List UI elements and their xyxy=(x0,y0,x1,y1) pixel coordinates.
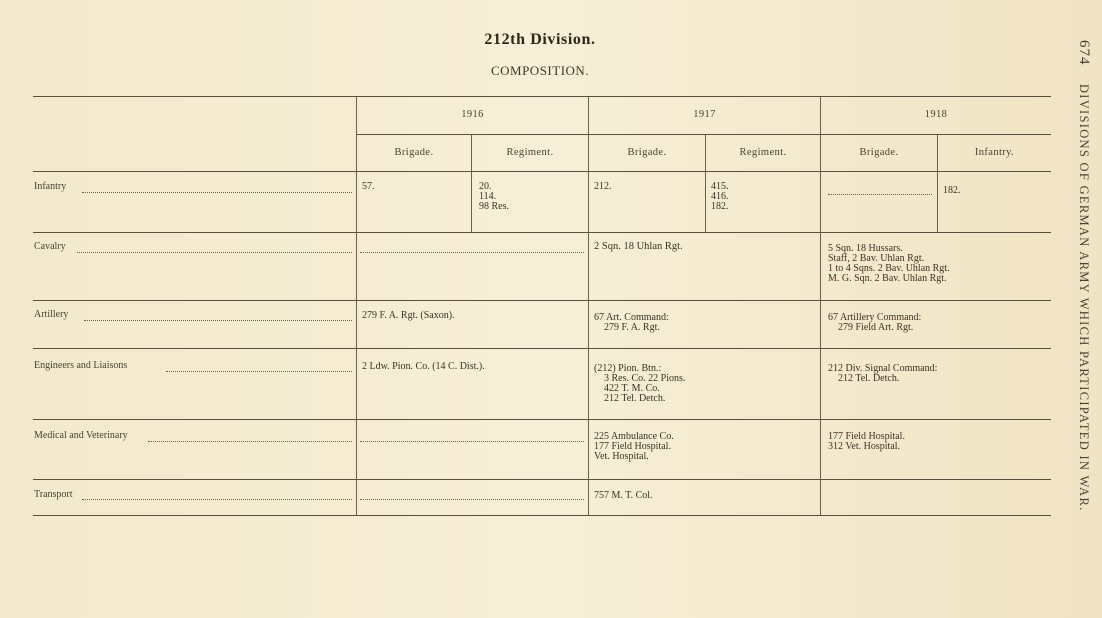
header-bottom-rule xyxy=(33,171,1051,172)
leader-dots xyxy=(77,252,352,253)
empty-cell-dots xyxy=(828,194,932,195)
year-rule xyxy=(357,134,1051,135)
cell-1918: 67 Artillery Command: 279 Field Art. Rgt… xyxy=(828,313,921,333)
year-header-1918: 1918 xyxy=(821,109,1051,120)
row-label-infantry: Infantry xyxy=(34,181,66,192)
subheader-1917-brigade: Brigade. xyxy=(589,147,705,158)
col-divider xyxy=(356,97,357,515)
cell-1916-regiment: 20. 114. 98 Res. xyxy=(479,182,509,212)
cell-1918: 177 Field Hospital. 312 Vet. Hospital. xyxy=(828,432,905,452)
row-rule xyxy=(33,300,1051,301)
col-divider xyxy=(588,97,589,515)
leader-dots xyxy=(82,192,352,193)
col-divider xyxy=(820,97,821,515)
empty-cell-dots xyxy=(360,252,584,253)
cell-1916: 279 F. A. Rgt. (Saxon). xyxy=(362,311,455,321)
cell-1917: 67 Art. Command: 279 F. A. Rgt. xyxy=(594,313,669,333)
cell-1918-infantry: 182. xyxy=(943,186,961,196)
table-subtitle: COMPOSITION. xyxy=(0,63,1080,79)
cell-1918: 5 Sqn. 18 Hussars. Staff, 2 Bav. Uhlan R… xyxy=(828,244,950,284)
row-label-cavalry: Cavalry xyxy=(34,241,66,252)
leader-dots xyxy=(82,499,352,500)
row-label-transport: Transport xyxy=(34,489,73,500)
year-header-1917: 1917 xyxy=(589,109,820,120)
table-bottom-rule xyxy=(33,515,1051,516)
row-label-medical: Medical and Veterinary xyxy=(34,430,128,441)
table-top-rule xyxy=(33,96,1051,97)
row-label-engineers: Engineers and Liaisons xyxy=(34,360,127,371)
subheader-1918-infantry: Infantry. xyxy=(938,147,1051,158)
cell-1917: 2 Sqn. 18 Uhlan Rgt. xyxy=(594,242,683,252)
page-title: 212th Division. xyxy=(0,31,1080,49)
cell-1917-brigade: 212. xyxy=(594,182,612,192)
running-head: 674 DIVISIONS OF GERMAN ARMY WHICH PARTI… xyxy=(1068,40,1092,600)
cell-1916: 2 Ldw. Pion. Co. (14 C. Dist.). xyxy=(362,362,485,372)
page-number: 674 xyxy=(1076,40,1092,66)
subheader-1916-brigade: Brigade. xyxy=(357,147,471,158)
row-rule xyxy=(33,232,1051,233)
cell-1917-regiment: 415. 416. 182. xyxy=(711,182,729,212)
row-label-artillery: Artillery xyxy=(34,309,68,320)
subheader-1916-regiment: Regiment. xyxy=(472,147,588,158)
cell-1917: 757 M. T. Col. xyxy=(594,491,653,501)
empty-cell-dots xyxy=(360,441,584,442)
cell-1916-brigade: 57. xyxy=(362,182,375,192)
year-header-1916: 1916 xyxy=(357,109,588,120)
row-rule xyxy=(33,479,1051,480)
empty-cell-dots xyxy=(360,499,584,500)
subheader-1918-brigade: Brigade. xyxy=(821,147,937,158)
row-rule xyxy=(33,419,1051,420)
subheader-1917-regiment: Regiment. xyxy=(706,147,820,158)
cell-1917: (212) Pion. Btn.: 3 Res. Co. 22 Pions. 4… xyxy=(594,364,685,404)
cell-1917: 225 Ambulance Co. 177 Field Hospital. Ve… xyxy=(594,432,674,462)
row-rule xyxy=(33,348,1051,349)
cell-1918: 212 Div. Signal Command: 212 Tel. Detch. xyxy=(828,364,937,384)
leader-dots xyxy=(166,371,352,372)
leader-dots xyxy=(148,441,352,442)
running-head-text: DIVISIONS OF GERMAN ARMY WHICH PARTICIPA… xyxy=(1077,84,1091,512)
leader-dots xyxy=(84,320,352,321)
